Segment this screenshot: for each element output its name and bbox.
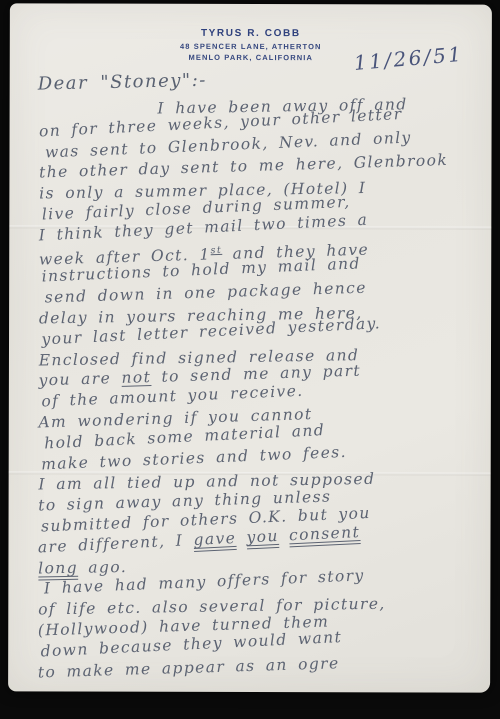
letter-text-segment: ago.	[78, 558, 127, 577]
salutation: Dear "Stoney":-	[37, 70, 207, 95]
letter-text-segment: st	[210, 244, 222, 255]
letter-text-segment: long	[38, 558, 78, 577]
letter-text-segment: not	[121, 368, 151, 387]
letter-text-segment: gave	[193, 529, 237, 549]
letterhead-name: TYRUS R. COBB	[10, 27, 492, 39]
letter-body: I have been away off andon for three wee…	[38, 100, 484, 692]
letter-paper: TYRUS R. COBB 48 SPENCER LANE, ATHERTON …	[8, 3, 492, 692]
letter-text-segment: you are	[38, 369, 121, 390]
letter-text-segment: consent	[289, 523, 361, 544]
letter-text-segment: you	[246, 527, 279, 547]
